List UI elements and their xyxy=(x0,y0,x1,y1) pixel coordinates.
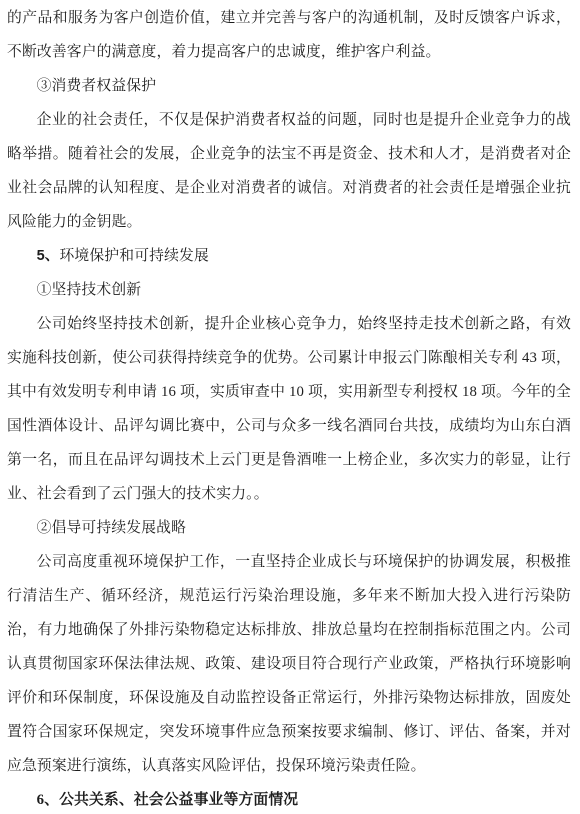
paragraph-environmental-protection: 公司高度重视环境保护工作，一直坚持企业成长与环境保护的协调发展，积极推行清洁生产… xyxy=(7,545,571,783)
document-page: 的产品和服务为客户创造价值，建立并完善与客户的沟通机制，及时反馈客户诉求，不断改… xyxy=(0,0,580,814)
subheading-sustainable-development-strategy: ②倡导可持续发展战略 xyxy=(7,511,571,545)
paragraph-customer-value-continuation: 的产品和服务为客户创造价值，建立并完善与客户的沟通机制，及时反馈客户诉求，不断改… xyxy=(7,1,571,69)
paragraph-consumer-social-responsibility: 企业的社会责任，不仅是保护消费者权益的问题，同时也是提升企业竞争力的战略举措。随… xyxy=(7,103,571,239)
subheading-consumer-rights-protection: ③消费者权益保护 xyxy=(7,69,571,103)
subheading-technical-innovation: ①坚持技术创新 xyxy=(7,273,571,307)
section-title: 环境保护和可持续发展 xyxy=(59,248,208,264)
section-heading-environment-sustainability: 5、环境保护和可持续发展 xyxy=(7,239,571,273)
paragraph-technical-innovation-patents: 公司始终坚持技术创新，提升企业核心竞争力，始终坚持走技术创新之路，有效实施科技创… xyxy=(7,307,571,511)
section-heading-public-relations-welfare: 6、公共关系、社会公益事业等方面情况 xyxy=(7,783,571,814)
section-number: 5、 xyxy=(37,248,60,264)
